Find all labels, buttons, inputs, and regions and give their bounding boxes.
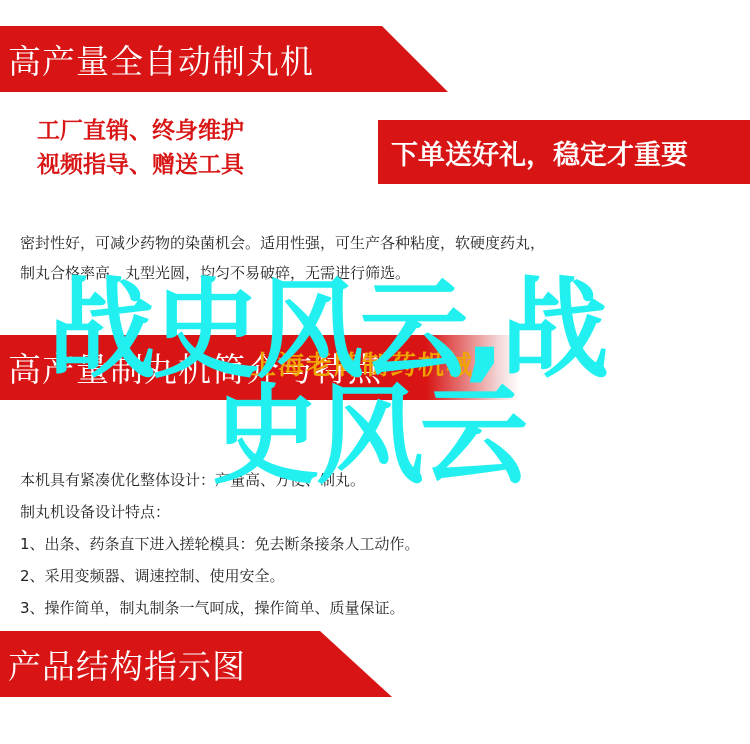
feature-line: 3、操作简单，制丸制条一气呵成，操作简单、质量保证。 [20,592,420,624]
feature-line: 制丸机设备设计特点： [20,496,420,528]
feature-line: 2、采用变频器、调速控制、使用安全。 [20,560,420,592]
banner-bottom: 产品结构指示图 [0,631,392,697]
banner-top-title: 高产量全自动制丸机 [8,26,314,92]
banner-top: 高产量全自动制丸机 [0,26,448,92]
watermark-line-1: 战史风云,战 [48,277,605,385]
watermark-line-2: 史风云 [212,383,524,491]
banner-bottom-title: 产品结构指示图 [8,631,246,697]
description-line: 密封性好，可减少药物的染菌机会。适用性强，可生产各种粘度，软硬度药丸， [20,228,545,258]
slogan-line: 视频指导、赠送工具 [37,148,244,182]
slogan-line: 工厂直销、终身维护 [37,114,244,148]
feature-line: 1、出条、药条直下进入搓轮模具：免去断条接条人工动作。 [20,528,420,560]
slogan-box: 下单送好礼，稳定才重要 [378,120,750,184]
slogan-left: 工厂直销、终身维护 视频指导、赠送工具 [37,114,244,182]
